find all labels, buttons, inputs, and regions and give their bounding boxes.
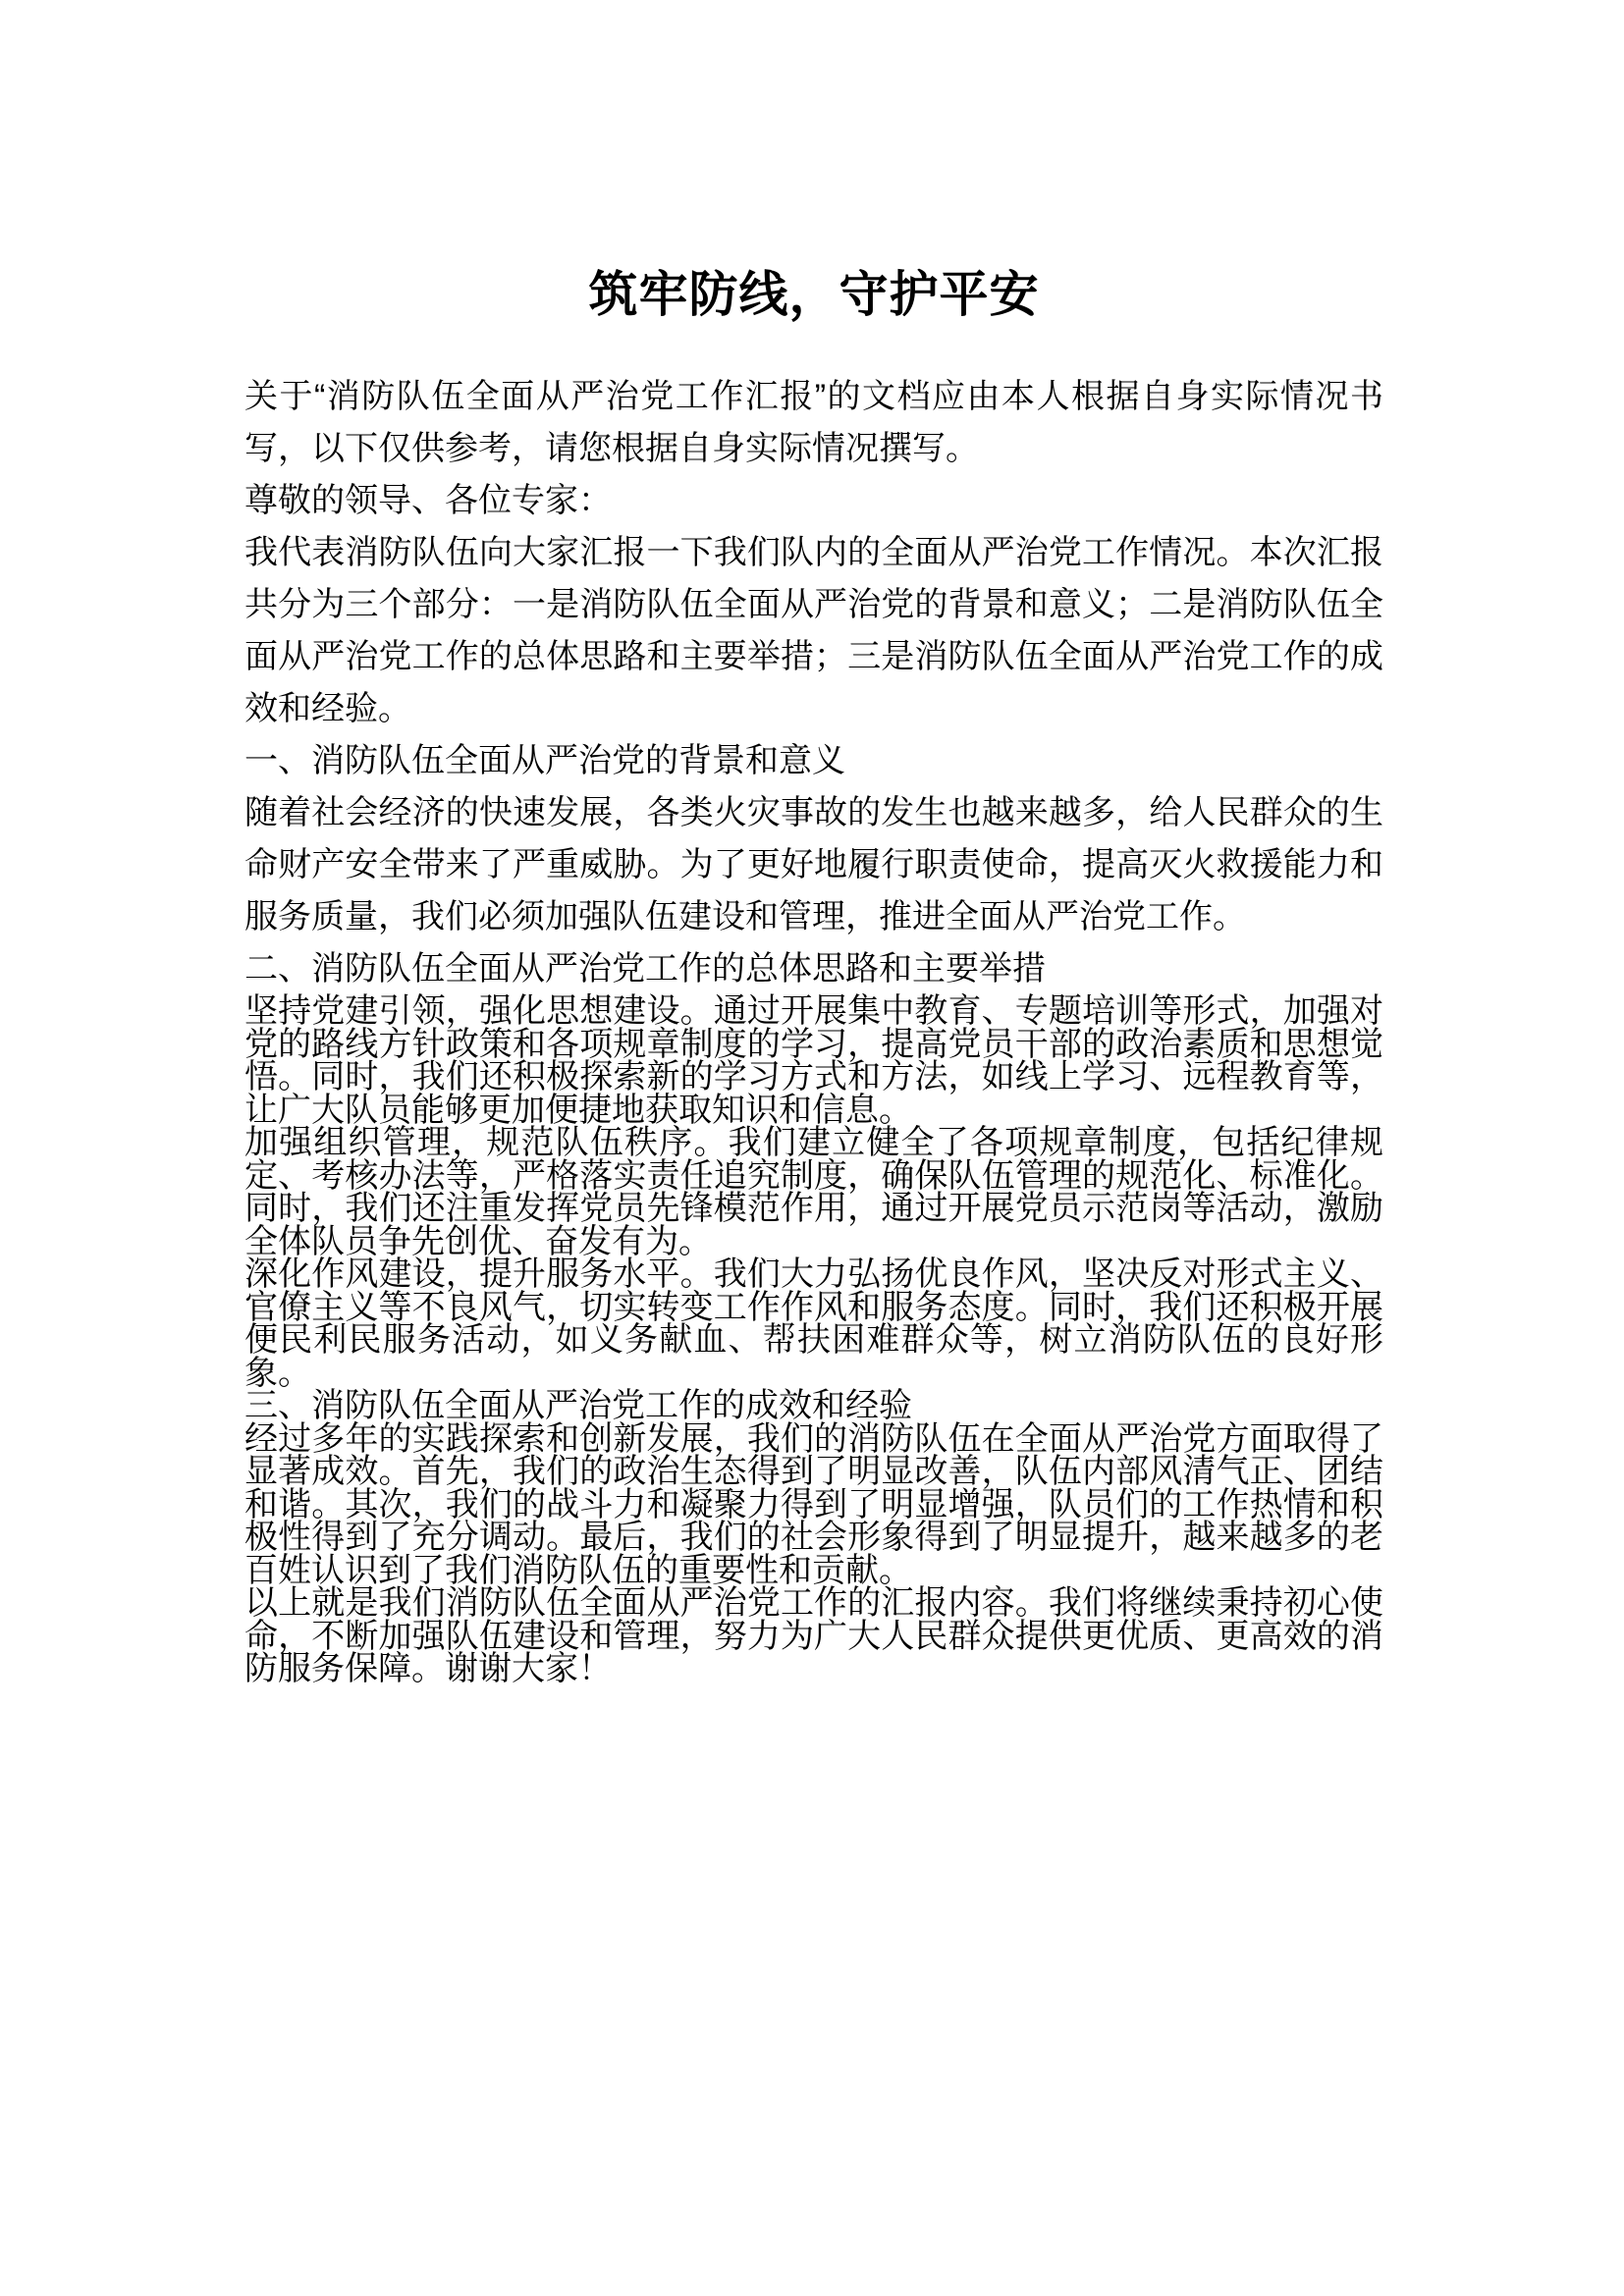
section-heading: 二、消防队伍全面从严治党工作的总体思路和主要举措 xyxy=(244,943,1383,995)
paragraph: 随着社会经济的快速发展，各类火灾事故的发生也越来越多，给人民群众的生命财产安全带… xyxy=(244,787,1383,943)
paragraph: 我代表消防队伍向大家汇报一下我们队内的全面从严治党工作情况。本次汇报共分为三个部… xyxy=(244,527,1383,735)
paragraph: 关于“消防队伍全面从严治党工作汇报”的文档应由本人根据自身实际情况书写，以下仅供… xyxy=(244,371,1383,475)
paragraph: 加强组织管理，规范队伍秩序。我们建立健全了各项规章制度，包括纪律规定、考核办法等… xyxy=(244,1127,1383,1258)
document-content: 筑牢防线，守护平安 关于“消防队伍全面从严治党工作汇报”的文档应由本人根据自身实… xyxy=(244,0,1383,1686)
section-heading: 一、消防队伍全面从严治党的背景和意义 xyxy=(244,735,1383,787)
salutation: 尊敬的领导、各位专家： xyxy=(244,475,1383,527)
document-page: { "document": { "title": "筑牢防线，守护平安", "t… xyxy=(0,0,1624,2296)
section-heading: 三、消防队伍全面从严治党工作的成效和经验 xyxy=(244,1390,1383,1423)
document-title: 筑牢防线，守护平安 xyxy=(244,265,1383,324)
paragraph: 以上就是我们消防队伍全面从严治党工作的汇报内容。我们将继续秉持初心使命，不断加强… xyxy=(244,1587,1383,1686)
paragraph: 坚持党建引领，强化思想建设。通过开展集中教育、专题培训等形式，加强对党的路线方针… xyxy=(244,995,1383,1127)
paragraph: 经过多年的实践探索和创新发展，我们的消防队伍在全面从严治党方面取得了显著成效。首… xyxy=(244,1423,1383,1588)
document-body: 关于“消防队伍全面从严治党工作汇报”的文档应由本人根据自身实际情况书写，以下仅供… xyxy=(244,371,1383,1686)
paragraph: 深化作风建设，提升服务水平。我们大力弘扬优良作风，坚决反对形式主义、官僚主义等不… xyxy=(244,1258,1383,1390)
